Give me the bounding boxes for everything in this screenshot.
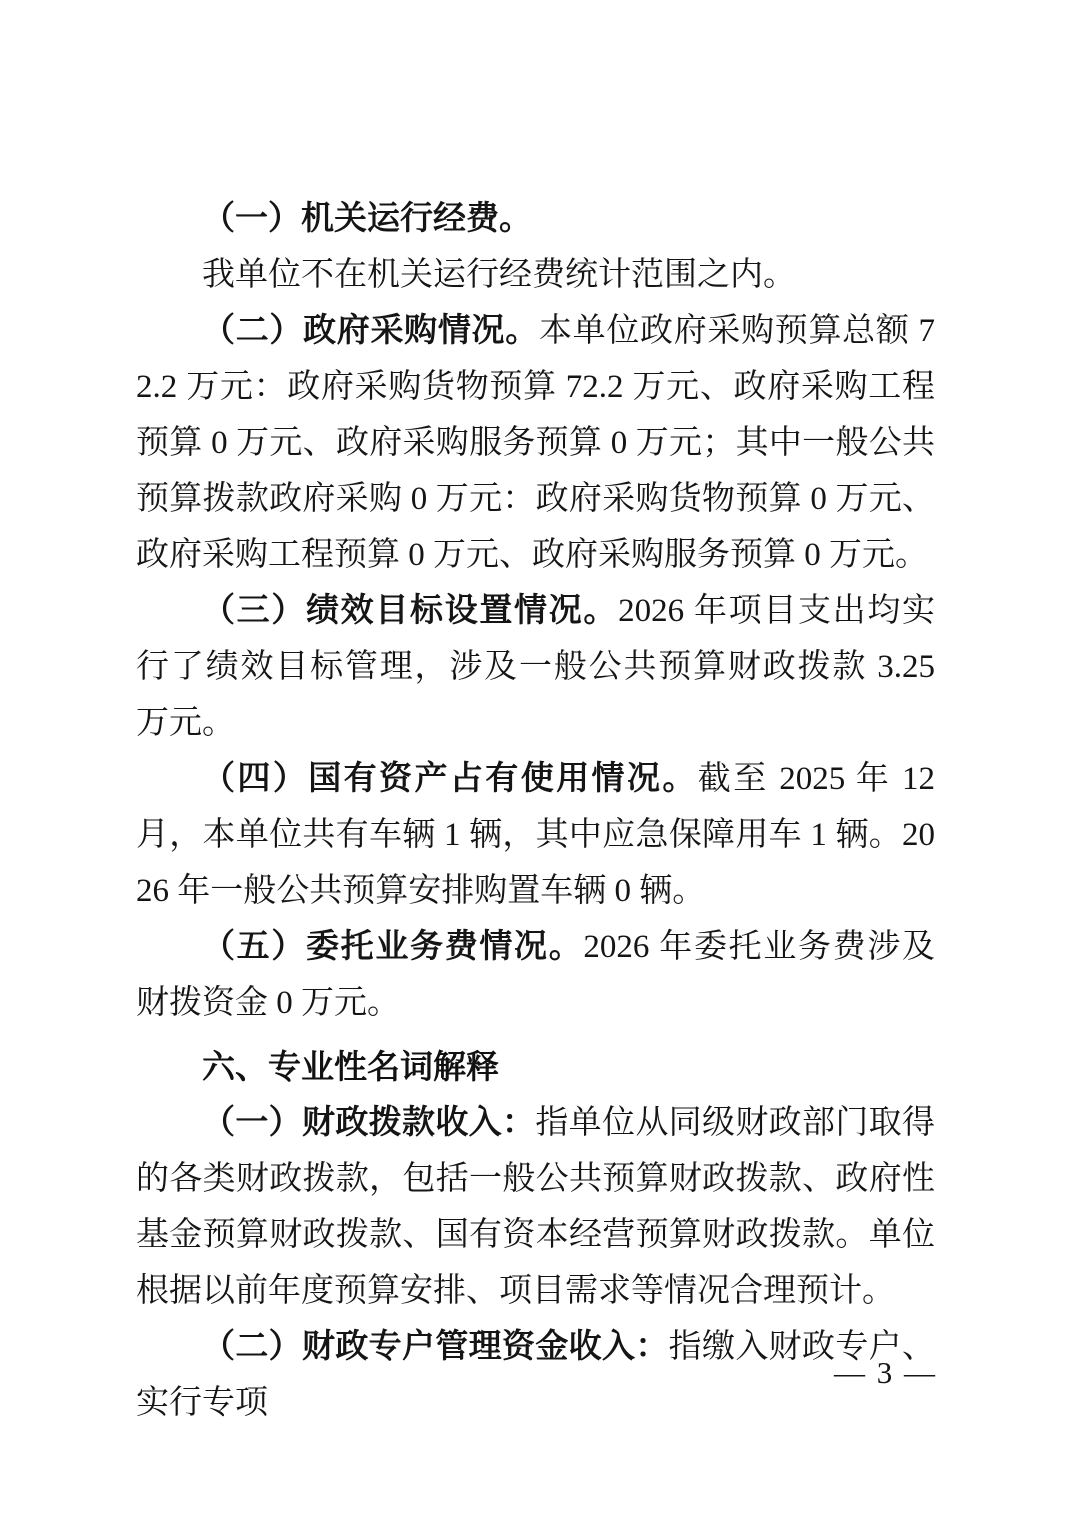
para-def-special-account-income: （二）财政专户管理资金收入：指缴入财政专户、实行专项 — [136, 1319, 935, 1431]
para-text: 本单位政府采购预算总额 72.2 万元：政府采购货物预算 72.2 万元、政府采… — [136, 313, 935, 573]
run-in-heading: （二）财政专户管理资金收入： — [202, 1329, 669, 1365]
para-government-procurement: （二）政府采购情况。本单位政府采购预算总额 72.2 万元：政府采购货物预算 7… — [136, 303, 935, 583]
run-in-heading: （一）机关运行经费。 — [202, 201, 532, 237]
run-in-heading: （二）政府采购情况。 — [202, 313, 539, 349]
para-entrusted-business-fee: （五）委托业务费情况。2026 年委托业务费涉及财拨资金 0 万元。 — [136, 919, 935, 1031]
para-agency-operating-expense: （一）机关运行经费。 — [136, 191, 935, 247]
run-in-heading: （一）财政拨款收入： — [202, 1105, 535, 1141]
document-body: （一）机关运行经费。 我单位不在机关运行经费统计范围之内。 （二）政府采购情况。… — [136, 191, 935, 1431]
section-heading-glossary: 六、专业性名词解释 — [136, 1039, 935, 1095]
run-in-heading: （四）国有资产占有使用情况。 — [202, 761, 698, 797]
para-state-assets: （四）国有资产占有使用情况。截至 2025 年 12 月，本单位共有车辆 1 辆… — [136, 751, 935, 919]
para-def-fiscal-appropriation-income: （一）财政拨款收入：指单位从同级财政部门取得的各类财政拨款，包括一般公共预算财政… — [136, 1095, 935, 1319]
para-not-in-scope: 我单位不在机关运行经费统计范围之内。 — [136, 247, 935, 303]
page-number: — 3 — — [834, 1352, 937, 1394]
run-in-heading: （三）绩效目标设置情况。 — [202, 593, 618, 629]
para-performance-targets: （三）绩效目标设置情况。2026 年项目支出均实行了绩效目标管理，涉及一般公共预… — [136, 583, 935, 751]
para-text: 我单位不在机关运行经费统计范围之内。 — [202, 257, 796, 293]
run-in-heading: （五）委托业务费情况。 — [202, 929, 583, 965]
document-page: （一）机关运行经费。 我单位不在机关运行经费统计范围之内。 （二）政府采购情况。… — [0, 0, 1074, 1520]
